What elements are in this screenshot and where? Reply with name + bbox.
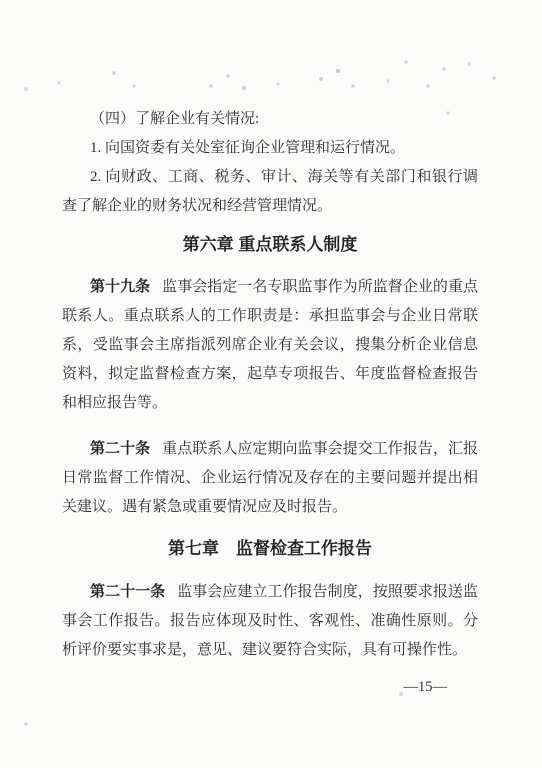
article-21-paragraph: 第二十一条监事会应建立工作报告制度，按照要求报送监事会工作报告。报告应体现及时性… [62,577,478,665]
article-21-number: 第二十一条 [90,583,165,600]
numbered-item-2: 2. 向财政、工商、税务、审计、海关等有关部门和银行调查了解企业的财务状况和经营… [62,163,478,221]
article-19-paragraph: 第十九条监事会指定一名专职监事作为所监督企业的重点联系人。重点联系人的工作职责是… [62,272,478,418]
clause-item-4: （四）了解企业有关情况: [62,105,478,134]
page-number: —15— [62,677,478,697]
article-19-number: 第十九条 [90,278,150,295]
article-20-paragraph: 第二十条重点联系人应定期向监事会提交工作报告，汇报日常监督工作情况、企业运行情况… [62,434,478,522]
scan-noise-specks [0,0,2,2]
document-content: （四）了解企业有关情况: 1. 向国资委有关处室征询企业管理和运行情况。 2. … [62,0,478,697]
numbered-item-1: 1. 向国资委有关处室征询企业管理和运行情况。 [62,134,478,163]
chapter-6-heading: 第六章 重点联系人制度 [62,234,478,256]
article-19-body: 监事会指定一名专职监事作为所监督企业的重点联系人。重点联系人的工作职责是：承担监… [62,279,478,411]
document-page: （四）了解企业有关情况: 1. 向国资委有关处室征询企业管理和运行情况。 2. … [0,0,542,768]
chapter-7-heading: 第七章 监督检查工作报告 [62,538,478,560]
article-20-number: 第二十条 [90,440,150,457]
